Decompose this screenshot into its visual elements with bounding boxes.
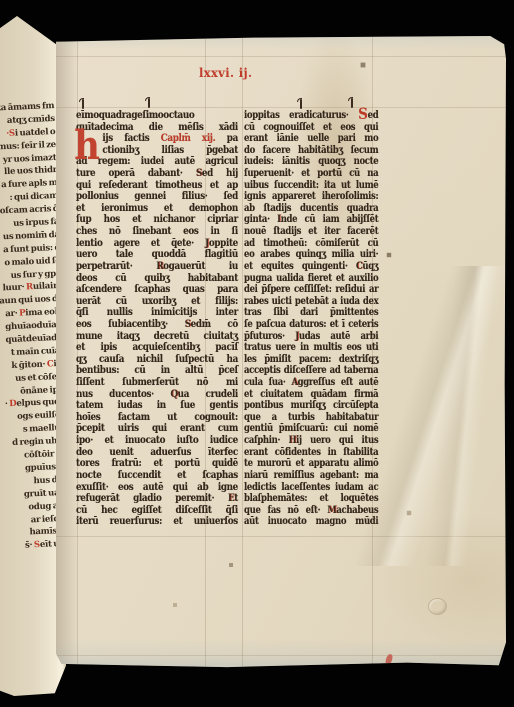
text-line: perpetrarūt· Rogauerūt iu — [76, 261, 238, 273]
body-text: niarū remiſſius agebant: ma — [244, 470, 378, 481]
body-text: tores fratrū: et portū quidē — [76, 458, 238, 469]
text-line: et ciuitatem quādam firmā — [244, 389, 378, 401]
body-text: ipo· et inuocato iuſto iudice — [76, 435, 238, 446]
text-line: te murorū et apparatu alimō — [244, 458, 378, 470]
text-line: aſcendere ſcaphas quas para — [76, 284, 238, 296]
body-text: quātdeuīad o — [5, 333, 64, 345]
body-text: refugerāt gladio peremit· — [76, 493, 228, 504]
body-text: iudeis: iānitis quoqʒ nocte — [244, 156, 378, 167]
body-text: lentio agere et q̄ete· — [76, 238, 205, 249]
text-line: uero tale quoddā flagitiū — [76, 249, 238, 261]
body-text: ignis appareret iheroſolimis: — [244, 191, 378, 202]
text-line: et ieronimus et demophon — [76, 203, 238, 215]
embossed-stamp — [428, 598, 447, 615]
red-capital: M — [327, 505, 336, 516]
body-text: ed hij — [202, 168, 238, 179]
body-text: mus: ſeīr il ze — [0, 140, 56, 152]
body-text: tratus uere in multis eos uti — [244, 342, 378, 353]
body-text: perpetrarūt· — [76, 261, 156, 272]
body-text: uibus ſuccendit: ita ut lumē — [244, 180, 378, 191]
body-text: pugna ualida fieret et auxilio — [244, 273, 378, 284]
text-line: rabes uicti petebāt a iuda dex — [244, 296, 378, 308]
body-text: ad timotheū: cōmiſerūt cū — [244, 238, 378, 249]
body-text: cula ſua· — [244, 377, 291, 388]
text-line: ginta· Inde cū iam abijſſēt — [244, 214, 378, 226]
text-line: qʒ cauſa nichil ſuſpectū ha — [76, 354, 238, 366]
text-line: ledictis laceſſentes iudam ac — [244, 482, 378, 494]
body-text: dei p̄ſpere ceſſiſſet: reſidui ar — [244, 284, 378, 295]
text-line: cula ſua· Aggreſſus eſt autē — [244, 377, 378, 389]
body-text: ſuperuenit· et portū cū na — [244, 168, 378, 179]
rubric-text: Caplm̄ xij. — [161, 133, 227, 144]
body-text: et ipis acquieſcentibʒ pacīſ — [76, 342, 238, 353]
body-text: quītadecima die mēſis xādi — [76, 122, 238, 133]
body-text: nus ducentos· — [76, 389, 170, 400]
text-line: cū hec egiſſet diſceſſit q̄ſi — [76, 505, 238, 517]
body-text: a ſunt puis: q̄ — [3, 243, 60, 255]
text-line: tores fratrū: et portū quidē — [76, 458, 238, 470]
body-text: ūqʒ — [362, 261, 378, 272]
body-text: aſcendere ſcaphas quas para — [76, 284, 238, 295]
body-text: ar· — [5, 309, 19, 320]
body-text: ture operā dabant· — [76, 168, 196, 179]
text-column-right: ioppitas eradicaturus· Sedcū cognouiſſet… — [244, 110, 378, 528]
text-line: blaſphemātes: et loquētes — [244, 493, 378, 505]
body-text: deos cū quibʒ habitabant — [76, 273, 238, 284]
text-line: ad timotheū: cōmiſerūt cū — [244, 238, 378, 250]
body-text: ad regem: iudei autē agricul — [76, 156, 238, 167]
red-capital: S — [358, 104, 367, 123]
body-text: ches nō ſinebant eos in ſi — [76, 226, 238, 237]
text-line: erant cōfidentes in ſtabilita — [244, 447, 378, 459]
body-text: p̄cepit uiris qui erant cum — [76, 423, 238, 434]
body-text: ghuīaoduīa a — [5, 320, 63, 332]
text-line: quītadecima die mēſis xādi — [76, 122, 238, 134]
body-text: qʒ cauſa nichil ſuſpectū ha — [76, 354, 238, 365]
text-line: nouē ſtadijs et iter facerēt — [244, 226, 378, 238]
body-text: eo arabes quinqʒ milia uiri· — [244, 249, 378, 260]
body-text: pa — [227, 133, 238, 144]
body-text: lle uos thidr — [4, 165, 57, 177]
illuminated-initial: h — [74, 129, 99, 163]
text-line: tras ſibi dari p̄mittentes — [244, 307, 378, 319]
body-text: ioppitas eradicaturus· — [244, 110, 358, 121]
body-text: qui reſederant timotheus et ap — [76, 180, 238, 191]
body-text: nde cū iam abijſſēt — [281, 214, 379, 225]
ascender-flourish — [351, 98, 353, 108]
manuscript-photograph: ır· ka āmams fmatqʒ cmīds·Si uatdel omus… — [0, 0, 514, 707]
text-line: tatem iudas in ſue gentis — [76, 400, 238, 412]
body-text: ggreſſus eſt autē — [298, 377, 379, 388]
text-line: uibus ſuccendit: ita ut lumē — [244, 180, 378, 192]
text-line: niarū remiſſius agebant: ma — [244, 470, 378, 482]
text-line: ipo· et inuocato iuſto iudice — [76, 435, 238, 447]
body-text: o malo uid ſo — [4, 256, 61, 268]
text-line: uerāt cū uxoribʒ et filijs: — [76, 296, 238, 308]
body-text: et ciuitatem quādam firmā — [244, 389, 378, 400]
body-text: pontibus muriſqʒ circūſepta — [244, 400, 378, 411]
text-line: exuſſit· eos autē qui ab igne — [76, 482, 238, 494]
body-text: yr uos imazt — [3, 153, 57, 165]
body-text: udas autē arbi — [299, 331, 378, 342]
body-text: do facere habitātibʒ ſecum — [244, 145, 378, 156]
text-line: q̄ſi nullis inimicitijs inter — [76, 307, 238, 319]
text-line: dei p̄ſpere ceſſiſſet: reſidui ar — [244, 284, 378, 296]
text-line: tratus uere in multis eos uti — [244, 342, 378, 354]
body-text: hoīes factam ut cognouit: — [76, 412, 238, 423]
body-text: ed — [368, 110, 379, 121]
body-text: rabes uicti petebāt a iuda dex — [244, 296, 378, 307]
body-text: ſe paſcua daturos: et ī ceteris — [244, 319, 378, 330]
text-line: pugna ualida fieret et auxilio — [244, 273, 378, 285]
body-text: eos ſubiacentibʒ· — [76, 319, 185, 330]
body-text: i uatdel o — [15, 127, 56, 139]
text-line: les p̄miſit pacem: dextriſqʒ — [244, 354, 378, 366]
text-column-left: eīmoquadrageſimooctauoquītadecima die mē… — [76, 110, 238, 528]
body-text: uero tale quoddā flagitiū — [76, 249, 238, 260]
body-text: tatem iudas in ſue gentis — [76, 400, 238, 411]
body-text: achabeus — [336, 505, 378, 516]
body-text: caſphin· — [244, 435, 288, 446]
body-text: pollonius gennei filius· ſed — [76, 191, 238, 202]
body-text: cū cognouiſſet et eos qui — [244, 122, 378, 133]
text-line: que a turbis habitabatur — [244, 412, 378, 424]
ascender-flourish — [82, 99, 84, 109]
ruling-line-horizontal — [56, 536, 506, 537]
body-text: ſiſſent ſubmerſerūt nō mi — [76, 377, 238, 388]
text-line: do facere habitātibʒ ſecum — [244, 145, 378, 157]
body-text: ſup hos et nichanor cipriar — [76, 214, 238, 225]
body-text: : qui dicam — [9, 191, 58, 203]
text-line: ches nō ſinebant eos in ſi — [76, 226, 238, 238]
text-line: iudeis: iānitis quoqʒ nocte — [244, 156, 378, 168]
text-line: nocte ſuccendit et ſcaphas — [76, 470, 238, 482]
text-line: erant iānie uelle pari mo — [244, 133, 378, 145]
body-text: ijs factis — [102, 133, 160, 144]
body-text: us nomim̄ da — [3, 230, 60, 242]
text-line: ture operā dabant· Sed hij — [76, 168, 238, 180]
text-line: aūt inuocato magno mūdi — [244, 516, 378, 528]
text-line: deo uenit aduerſus īterfec — [76, 447, 238, 459]
body-text: oſcam acris q̄ — [0, 204, 59, 216]
body-text: p̄futuros· — [244, 331, 295, 342]
text-line: ignis appareret iheroſolimis: — [244, 191, 378, 203]
parchment-wrinkle — [356, 266, 506, 566]
body-text: cū hec egiſſet diſceſſit q̄ſi — [76, 505, 238, 516]
body-text: et ieronimus et demophon — [76, 203, 238, 214]
body-text: q̄ſi nullis inimicitijs inter — [76, 307, 238, 318]
body-text: us ſur y gpo — [10, 268, 61, 280]
text-line: eīmoquadrageſimooctauo — [76, 110, 238, 122]
text-line: eo arabes quinqʒ milia uiri· — [244, 249, 378, 261]
body-text: blaſphemātes: et loquētes — [244, 493, 378, 504]
text-line: mune itaqʒ decretū ciuitatʒ — [76, 331, 238, 343]
body-text: gentiū p̄miſcuarū: cui nomē — [244, 423, 378, 434]
body-text: ua crudeli — [178, 389, 238, 400]
ascender-flourish — [148, 98, 150, 108]
text-line: cū cognouiſſet et eos qui — [244, 122, 378, 134]
ascender-flourish — [300, 99, 302, 109]
text-line: iterū reuerſurus: et uniuerſos — [76, 516, 238, 528]
body-text: erant iānie uelle pari mo — [244, 133, 378, 144]
text-line: pollonius gennei filius· ſed — [76, 191, 238, 203]
text-line: lentio agere et q̄ete· Joppite — [76, 238, 238, 250]
body-text: exuſſit· eos autē qui ab igne — [76, 482, 238, 493]
text-line: refugerāt gladio peremit· Et — [76, 493, 238, 505]
text-line: ſiſſent ſubmerſerūt nō mi — [76, 377, 238, 389]
text-line: gentiū p̄miſcuarū: cui nomē — [244, 423, 378, 435]
body-text: aūt inuocato magno mūdi — [244, 516, 378, 527]
body-text: que fas nō eſt· — [244, 505, 327, 516]
text-line: bentibus: cū in altū p̄ceſ — [76, 365, 238, 377]
body-text: t — [234, 493, 238, 504]
text-line: p̄futuros· Judas autē arbi — [244, 331, 378, 343]
text-line: ab ſtadijs ducentis quadra — [244, 203, 378, 215]
text-line: que fas nō eſt· Machabeus — [244, 505, 378, 517]
body-text: deo uenit aduerſus īterfec — [76, 447, 238, 458]
text-line: ijs factis Caplm̄ xij. pa — [76, 133, 238, 145]
text-line: ſuperuenit· et portū cū na — [244, 168, 378, 180]
body-text: ij uero qui itus — [296, 435, 378, 446]
manuscript-page: lxxvi. ij. eīmoquadrageſimooctauoquītade… — [56, 36, 506, 669]
body-text: te murorū et apparatu alimō — [244, 458, 378, 469]
text-line: ctionibʒ liſias p̄gebat — [76, 145, 238, 157]
text-line: ſup hos et nichanor cipriar — [76, 214, 238, 226]
body-text: ır· ka āmams fm — [0, 101, 54, 114]
text-line: et equites quingenti· Cūqʒ — [244, 261, 378, 273]
text-line: acceptis diſceſſere ad taberna — [244, 365, 378, 377]
body-text: tras ſibi dari p̄mittentes — [244, 307, 378, 318]
body-text: ledictis laceſſentes iudam ac — [244, 482, 378, 493]
ruling-line-vertical — [242, 36, 243, 669]
text-line: hoīes factam ut cognouit: — [76, 412, 238, 424]
text-line: deos cū quibʒ habitabant — [76, 273, 238, 285]
body-text: oppite — [209, 238, 238, 249]
text-line: eos ſubiacentibʒ· Sedm̄ cō — [76, 319, 238, 331]
text-line: ad regem: iudei autē agricul — [76, 156, 238, 168]
text-line: qui reſederant timotheus et ap — [76, 180, 238, 192]
parchment-specks — [56, 36, 58, 38]
body-text: aun qui uos dʒ — [0, 294, 63, 307]
body-text: a fure apls m — [1, 178, 58, 190]
red-capital: Q — [170, 389, 177, 400]
body-text: les p̄miſit pacem: dextriſqʒ — [244, 354, 378, 365]
body-text: eīmoquadrageſimooctauo — [76, 110, 194, 121]
ruling-line-horizontal — [56, 655, 506, 656]
body-text: nouē ſtadijs et iter facerēt — [244, 226, 378, 237]
body-text: iterū reuerſurus: et uniuerſos — [76, 516, 238, 527]
text-line: ioppitas eradicaturus· Sed — [244, 110, 378, 122]
body-text: atqʒ cmīds — [7, 114, 55, 126]
body-text: uerāt cū uxoribʒ et filijs: — [76, 296, 238, 307]
body-text: et equites quingenti· — [244, 261, 356, 272]
body-text: ab ſtadijs ducentis quadra — [244, 203, 378, 214]
body-text: erant cōfidentes in ſtabilita — [244, 447, 378, 458]
text-line: caſphin· Hij uero qui itus — [244, 435, 378, 447]
body-text: edm̄ cō — [191, 319, 238, 330]
body-text: ctionibʒ liſias p̄gebat — [102, 145, 238, 156]
body-text: ogauerūt iu — [163, 261, 238, 272]
body-text: ginta· — [244, 214, 277, 225]
body-text: k ḡiton· — [11, 359, 47, 370]
ruling-line-horizontal — [56, 56, 506, 57]
body-text: nocte ſuccendit et ſcaphas — [76, 470, 238, 481]
body-text: que a turbis habitabatur — [244, 412, 378, 423]
text-line: pontibus muriſqʒ circūſepta — [244, 400, 378, 412]
text-line: ſe paſcua daturos: et ī ceteris — [244, 319, 378, 331]
body-text: luur· — [2, 283, 26, 294]
text-line: et ipis acquieſcentibʒ pacīſ — [76, 342, 238, 354]
text-line: p̄cepit uiris qui erant cum — [76, 423, 238, 435]
body-text: acceptis diſceſſere ad taberna — [244, 365, 378, 376]
folio-running-header: lxxvi. ij. — [199, 65, 252, 80]
red-capital: R — [156, 261, 163, 272]
body-text: mune itaqʒ decretū ciuitatʒ — [76, 331, 238, 342]
ruling-line-horizontal — [56, 107, 506, 108]
text-line: nus ducentos· Qua crudeli — [76, 389, 238, 401]
body-text: us irpus fa — [13, 217, 59, 229]
body-text: bentibus: cū in altū p̄ceſ — [76, 365, 238, 376]
